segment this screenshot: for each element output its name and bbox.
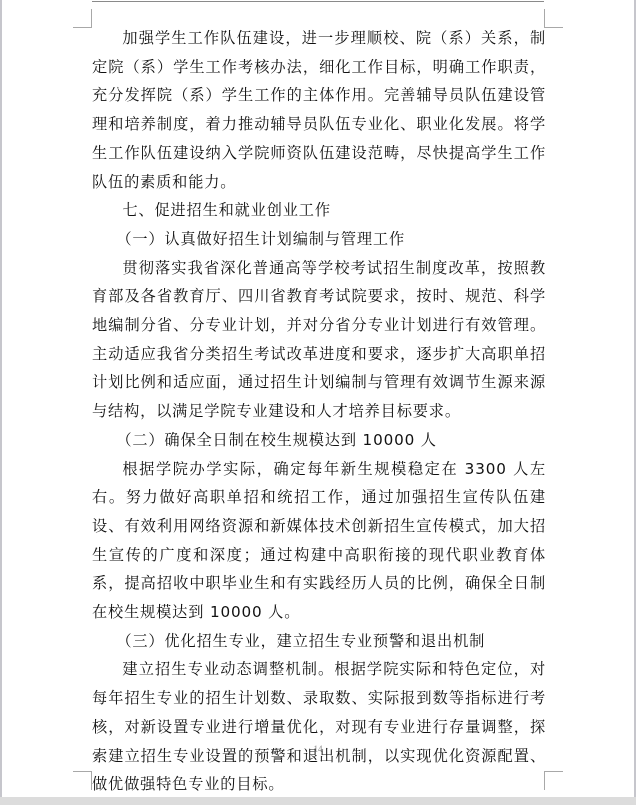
paragraph-enrollment-plan: 贯彻落实我省深化普通高等学校考试招生制度改革，按照教育部及各省教育厅、四川省教育… — [92, 254, 546, 426]
paragraph-team-building: 加强学生工作队伍建设，进一步理顺校、院（系）关系，制定院（系）学生工作考核办法，… — [92, 24, 546, 196]
subheading-student-scale: （二）确保全日制在校生规模达到 10000 人 — [92, 426, 546, 455]
page-edge-left — [0, 0, 2, 797]
document-viewport: 加强学生工作队伍建设，进一步理顺校、院（系）关系，制定院（系）学生工作考核办法，… — [0, 0, 636, 805]
subheading-major-optimization: （三）优化招生专业，建立招生专业预警和退出机制 — [92, 627, 546, 656]
margin-corner-mark-bottom-right — [544, 771, 563, 790]
page-number: 14 — [0, 744, 636, 754]
margin-corner-mark-top-right — [544, 9, 563, 28]
paragraph-student-scale: 根据学院办学实际，确定每年新生规模稳定在 3300 人左右。努力做好高职单招和统… — [92, 455, 546, 627]
margin-corner-mark-bottom-left — [73, 771, 92, 790]
section-heading-enrollment-employment: 七、促进招生和就业创业工作 — [92, 196, 546, 225]
header-border-line — [92, 1, 544, 2]
paragraph-major-optimization: 建立招生专业动态调整机制。根据学院实际和特色定位，对每年招生专业的招生计划数、录… — [92, 655, 546, 799]
margin-corner-mark-top-left — [73, 9, 92, 28]
document-body[interactable]: 加强学生工作队伍建设，进一步理顺校、院（系）关系，制定院（系）学生工作考核办法，… — [92, 24, 546, 799]
subheading-enrollment-plan: （一）认真做好招生计划编制与管理工作 — [92, 225, 546, 254]
